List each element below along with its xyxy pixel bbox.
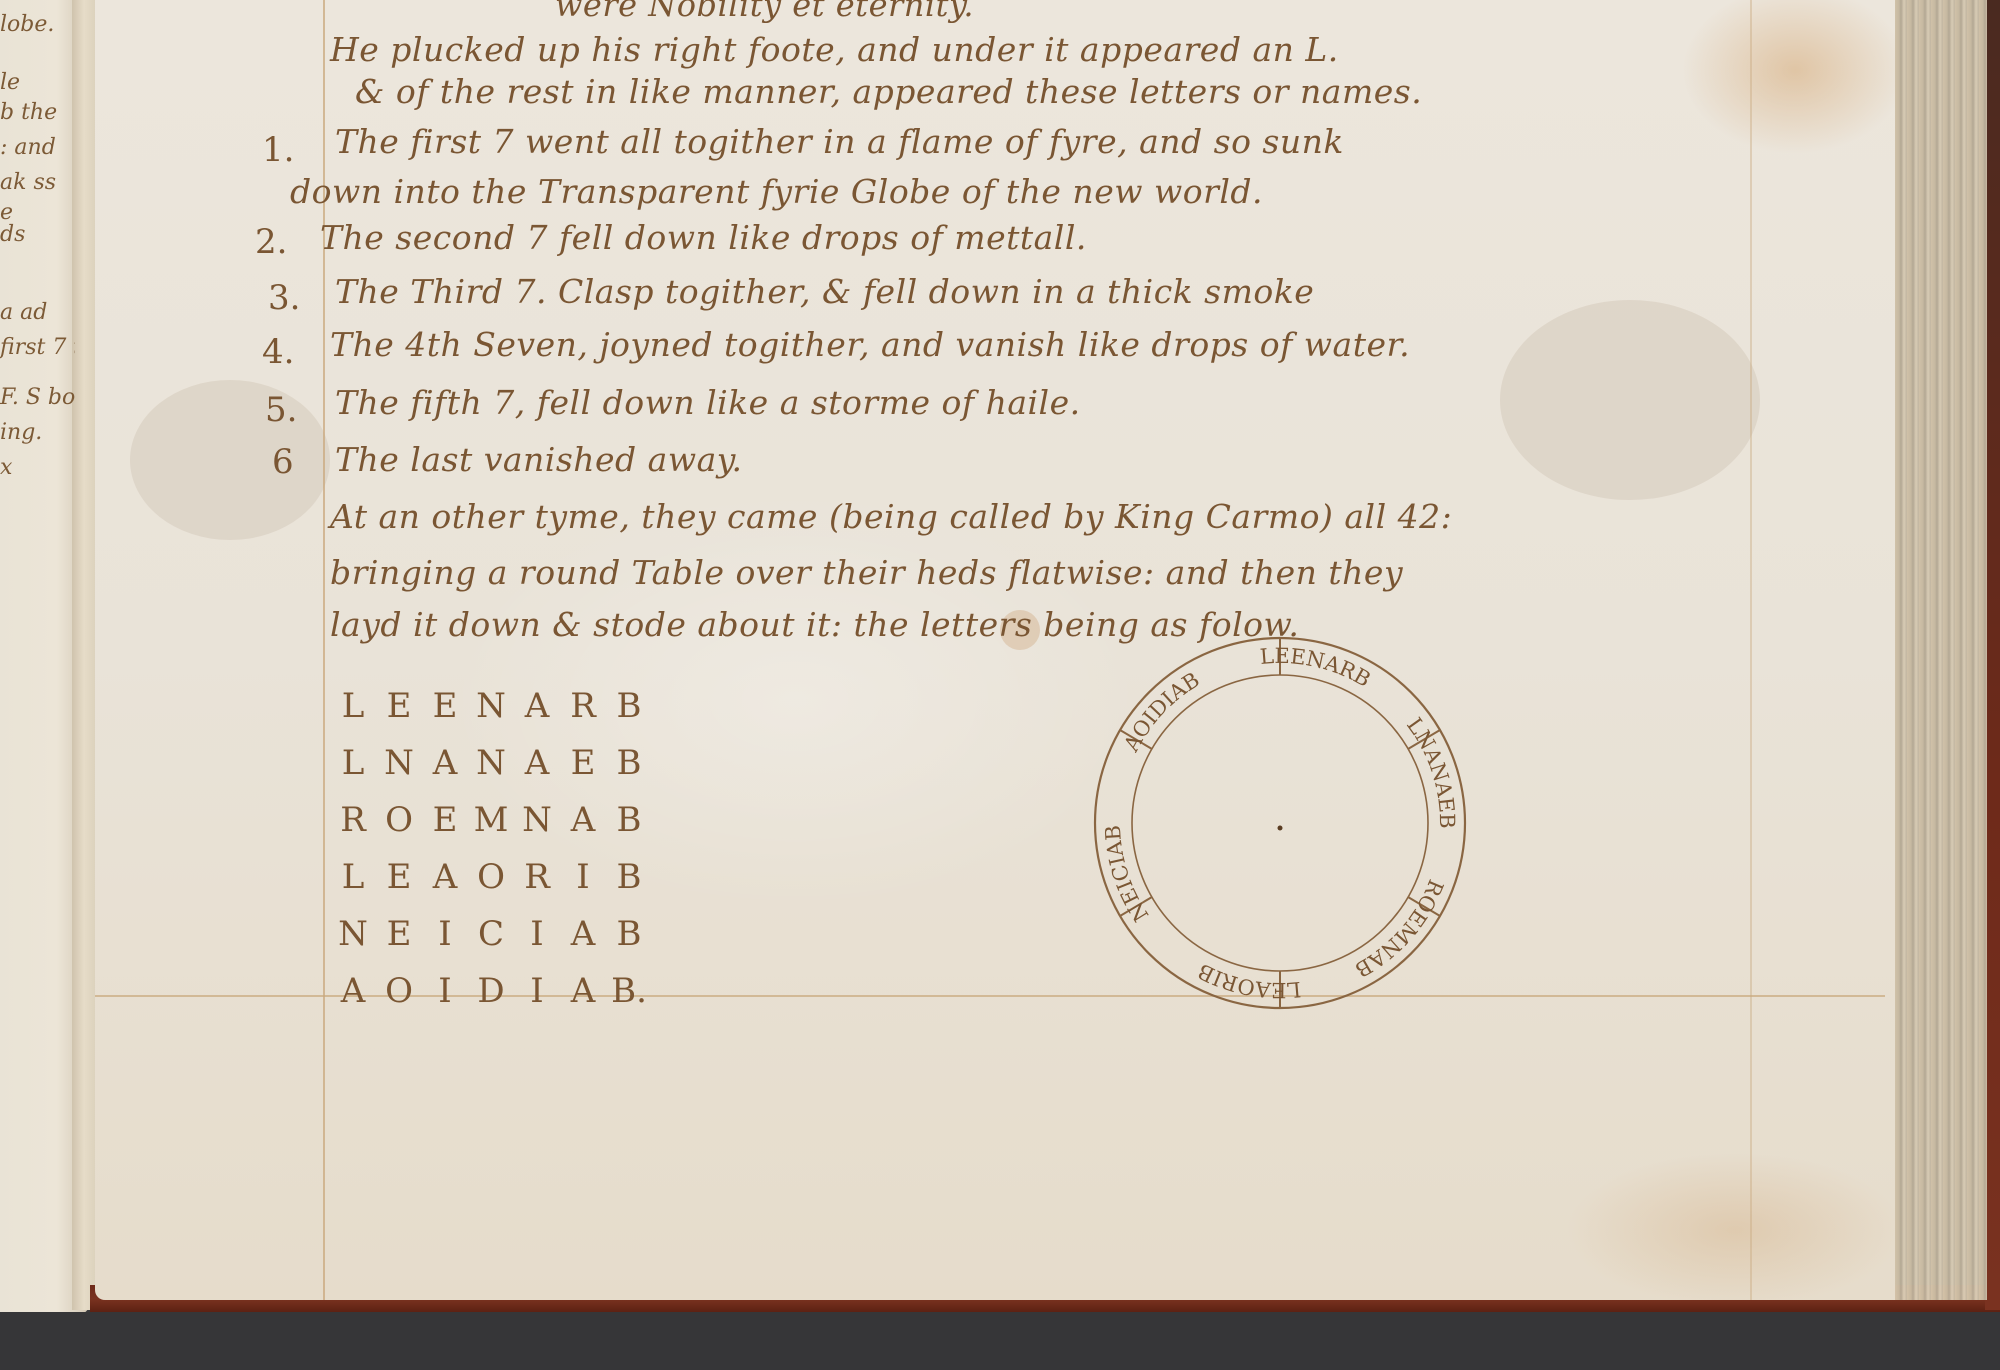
item-number: 2. [255, 222, 287, 262]
letter-cell: L [330, 735, 376, 792]
text-line: He plucked up his right foote, and under… [330, 30, 1339, 69]
round-table-segment: ROEMNAB [1351, 876, 1448, 982]
item-number: 5. [265, 390, 297, 430]
text-line: The last vanished away. [335, 440, 743, 479]
letter-cell: I [514, 906, 560, 963]
letter-cell: A [560, 906, 606, 963]
letter-cell: A [560, 963, 606, 1020]
paper-stain [130, 380, 330, 540]
round-table-segment: LNANAEB [1402, 713, 1459, 828]
letter-cell: I [422, 963, 468, 1020]
text-line: bringing a round Table over their heds f… [330, 553, 1403, 592]
letter-cell: E [376, 849, 422, 906]
letter-cell: M [468, 792, 514, 849]
round-table-segment: LEENARB [1259, 644, 1375, 692]
text-line: The second 7 fell down like drops of met… [320, 218, 1087, 257]
item-number: 4. [262, 332, 294, 372]
text-line: The 4th Seven, joyned togither, and vani… [330, 325, 1410, 364]
letter-cell: O [468, 849, 514, 906]
letter-cell: N [468, 735, 514, 792]
margin-fragment: lobe. [0, 12, 75, 37]
letter-cell: C [468, 906, 514, 963]
letter-cell: E [560, 735, 606, 792]
letter-cell: A [422, 735, 468, 792]
letter-cell: I [560, 849, 606, 906]
text-line: At an other tyme, they came (being calle… [330, 497, 1452, 536]
letter-cell: I [422, 906, 468, 963]
letter-cell: E [422, 792, 468, 849]
text-line: & of the rest in like manner, appeared t… [355, 72, 1422, 111]
letter-cell: A [514, 735, 560, 792]
letter-cell: E [376, 906, 422, 963]
letter-cell: B [606, 735, 652, 792]
letter-cell: L [330, 849, 376, 906]
margin-rule-right [1750, 0, 1752, 1300]
letter-cell: A [330, 963, 376, 1020]
item-number: 6 [272, 442, 294, 482]
letter-cell: N [330, 906, 376, 963]
letter-table: L E E N A R B L N A N A E B R O E M N A … [330, 678, 652, 1020]
letter-cell: D [468, 963, 514, 1020]
letter-cell: R [514, 849, 560, 906]
letter-cell: R [330, 792, 376, 849]
margin-fragment: ing. [0, 420, 75, 445]
heading-fragment: were Nobility et eternity. [555, 0, 974, 24]
letter-cell: B. [606, 963, 652, 1020]
margin-fragment: F. S bo [0, 385, 75, 410]
letter-cell: O [376, 792, 422, 849]
margin-fragment: x [0, 455, 75, 480]
round-table-svg: LEENARB LNANAEB ROEMNAB LEAORIB NEICIAB … [1090, 633, 1470, 1013]
item-number: 3. [268, 278, 300, 318]
item-number: 1. [262, 130, 294, 170]
margin-fragment: ak ss [0, 170, 75, 195]
margin-fragment: first 7 to [0, 335, 75, 360]
page-edges [1895, 0, 1987, 1300]
letter-cell: O [376, 963, 422, 1020]
letter-cell: A [560, 792, 606, 849]
letter-cell: A [422, 849, 468, 906]
table-surface [0, 1312, 2000, 1370]
letter-cell: B [606, 678, 652, 735]
letter-cell: N [376, 735, 422, 792]
book-cover-right [1985, 0, 2000, 1310]
letter-cell: N [468, 678, 514, 735]
paper-stain [1500, 300, 1760, 500]
letter-cell: B [606, 906, 652, 963]
text-line: The first 7 went all togither in a flame… [335, 122, 1344, 161]
letter-cell: I [514, 963, 560, 1020]
margin-fragment: b the [0, 100, 75, 125]
text-line: The Third 7. Clasp togither, & fell down… [335, 272, 1314, 311]
letter-cell: B [606, 792, 652, 849]
margin-fragment: ds [0, 222, 75, 247]
round-table-segment: NEICIAB [1101, 824, 1154, 925]
text-line: The fifth 7, fell down like a storme of … [335, 383, 1081, 422]
letter-cell: N [514, 792, 560, 849]
text-line: down into the Transparent fyrie Globe of… [290, 172, 1263, 211]
letter-cell: L [330, 678, 376, 735]
margin-fragment: : and [0, 135, 75, 160]
margin-fragment: a ad [0, 300, 75, 325]
letter-cell: B [606, 849, 652, 906]
margin-fragment: le [0, 70, 75, 95]
letter-cell: R [560, 678, 606, 735]
letter-cell: E [376, 678, 422, 735]
letter-cell: A [514, 678, 560, 735]
round-table-diagram: LEENARB LNANAEB ROEMNAB LEAORIB NEICIAB … [1090, 633, 1470, 1013]
letter-cell: E [422, 678, 468, 735]
